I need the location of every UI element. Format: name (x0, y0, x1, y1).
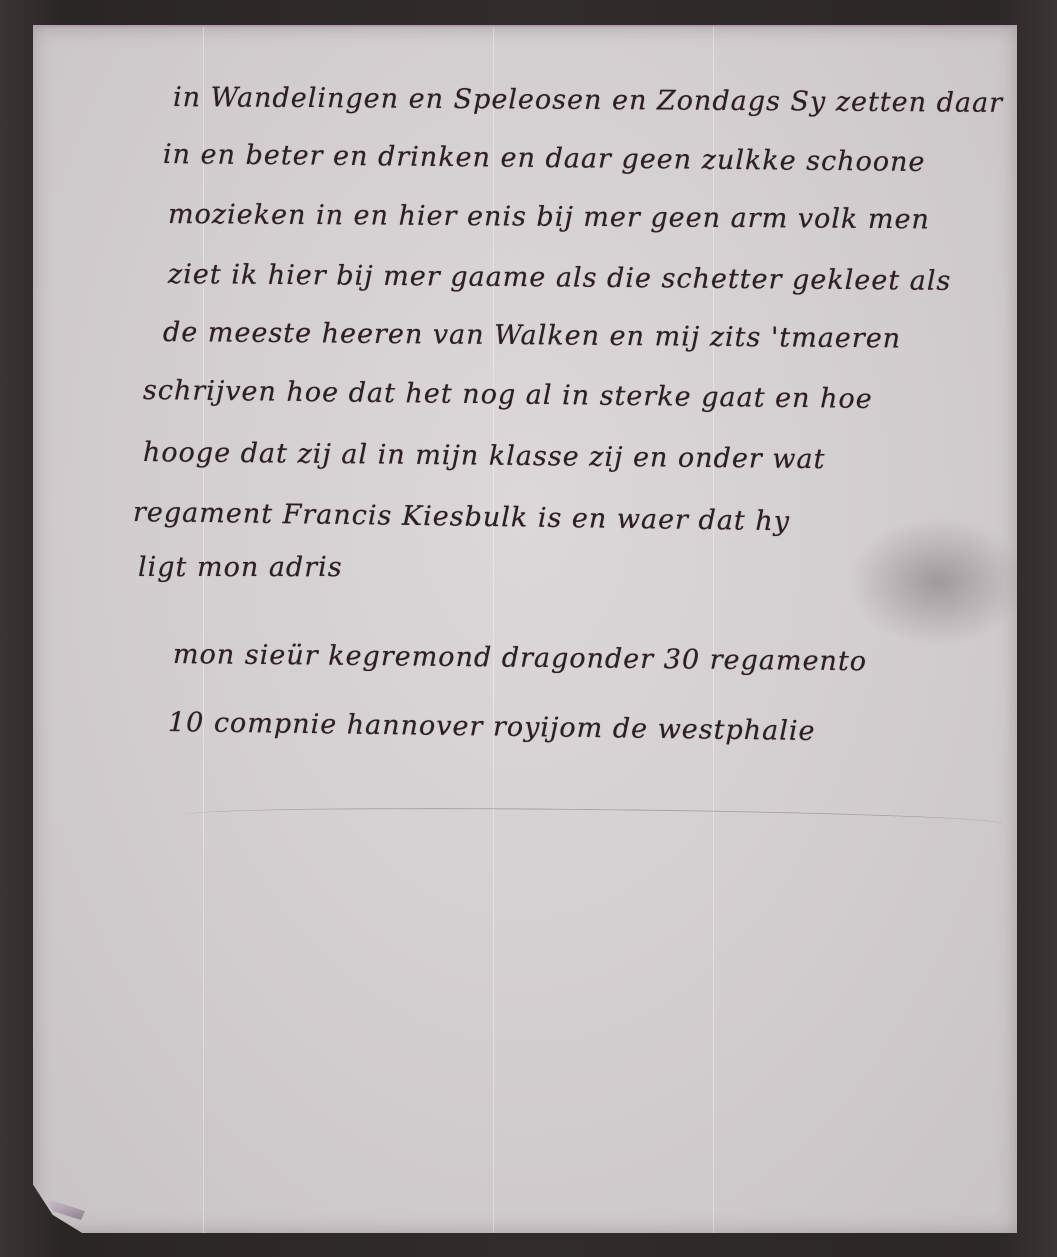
address-line-2: 10 compnie hannover royijom de westphali… (168, 707, 816, 747)
letter-line-2: in en beter en drinken en daar geen zulk… (163, 139, 926, 178)
letter-page: in Wandelingen en Speleosen en Zondags S… (33, 25, 1017, 1233)
letter-line-1: in Wandelingen en Speleosen en Zondags S… (173, 82, 1003, 119)
paper-crease (183, 805, 1003, 835)
letter-line-4: ziet ik hier bij mer gaame als die schet… (168, 259, 952, 297)
letter-line-3: mozieken in en hier enis bij mer geen ar… (168, 199, 930, 235)
letter-line-8: regament Francis Kiesbulk is en waer dat… (133, 497, 790, 537)
letter-line-7: hooge dat zij al in mijn klasse zij en o… (143, 437, 826, 475)
bleed-through-text (593, 567, 600, 592)
letter-line-5: de meeste heeren van Walken en mij zits … (163, 317, 901, 354)
letter-line-9: ligt mon adris (138, 552, 343, 583)
letter-line-6: schrijven hoe dat het nog al in sterke g… (143, 375, 873, 415)
address-line-1: mon sieür kegremond dragonder 30 regamen… (173, 639, 867, 677)
